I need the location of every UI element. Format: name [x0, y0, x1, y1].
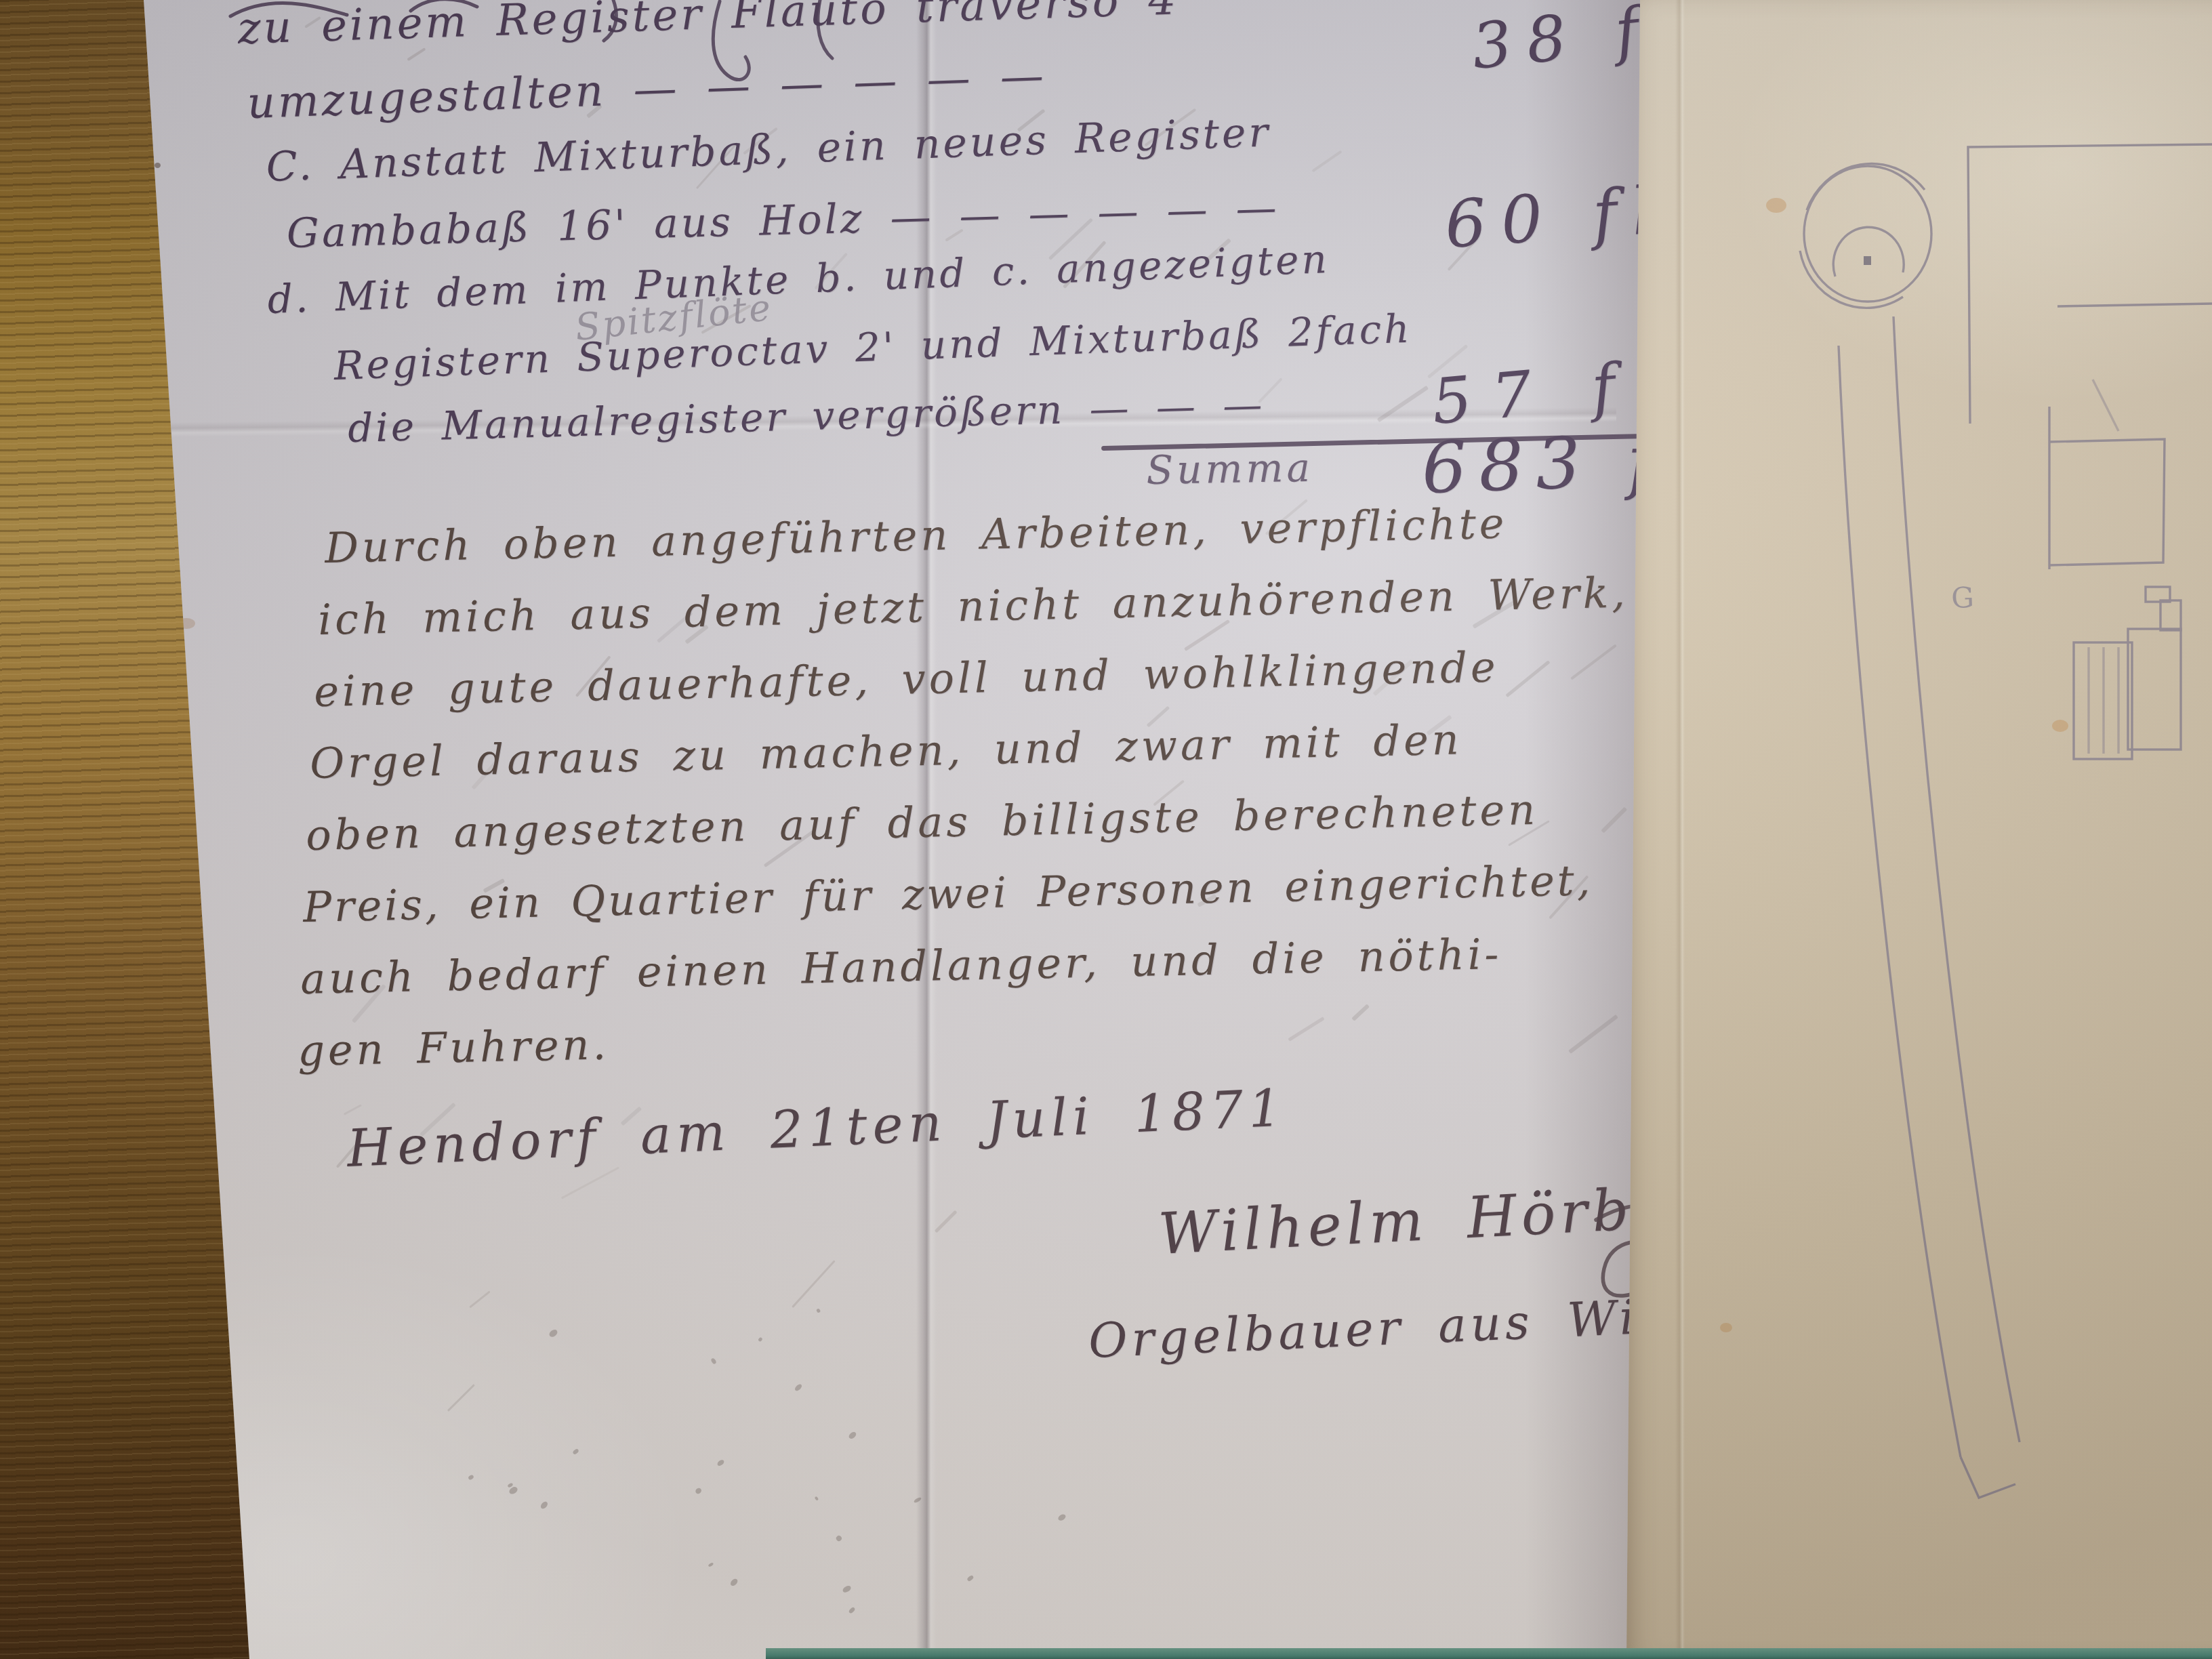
pencil-wheel-drawing	[1800, 164, 1931, 308]
pencil-sketch-drawing	[1618, 0, 2212, 1659]
sketch-label-g: G	[1950, 581, 1974, 615]
amount-figure: 60 fl	[1442, 171, 1670, 263]
teal-mat-bottom-edge	[766, 1648, 2212, 1659]
pencil-hub-dot	[1864, 256, 1871, 265]
total-label: Summa	[1146, 445, 1314, 493]
sketch-sheet: G	[1618, 0, 2212, 1659]
photo-of-document: G zu einem Register Flauto traverso 4' 3…	[0, 0, 2212, 1659]
paragraph-line: gen Fuhren.	[297, 1019, 609, 1076]
main-document-sheet: zu einem Register Flauto traverso 4' 38 …	[0, 0, 1640, 1659]
pencil-rectangles-drawing	[1968, 144, 2212, 759]
pencil-shaft-drawing	[1839, 316, 2020, 1498]
